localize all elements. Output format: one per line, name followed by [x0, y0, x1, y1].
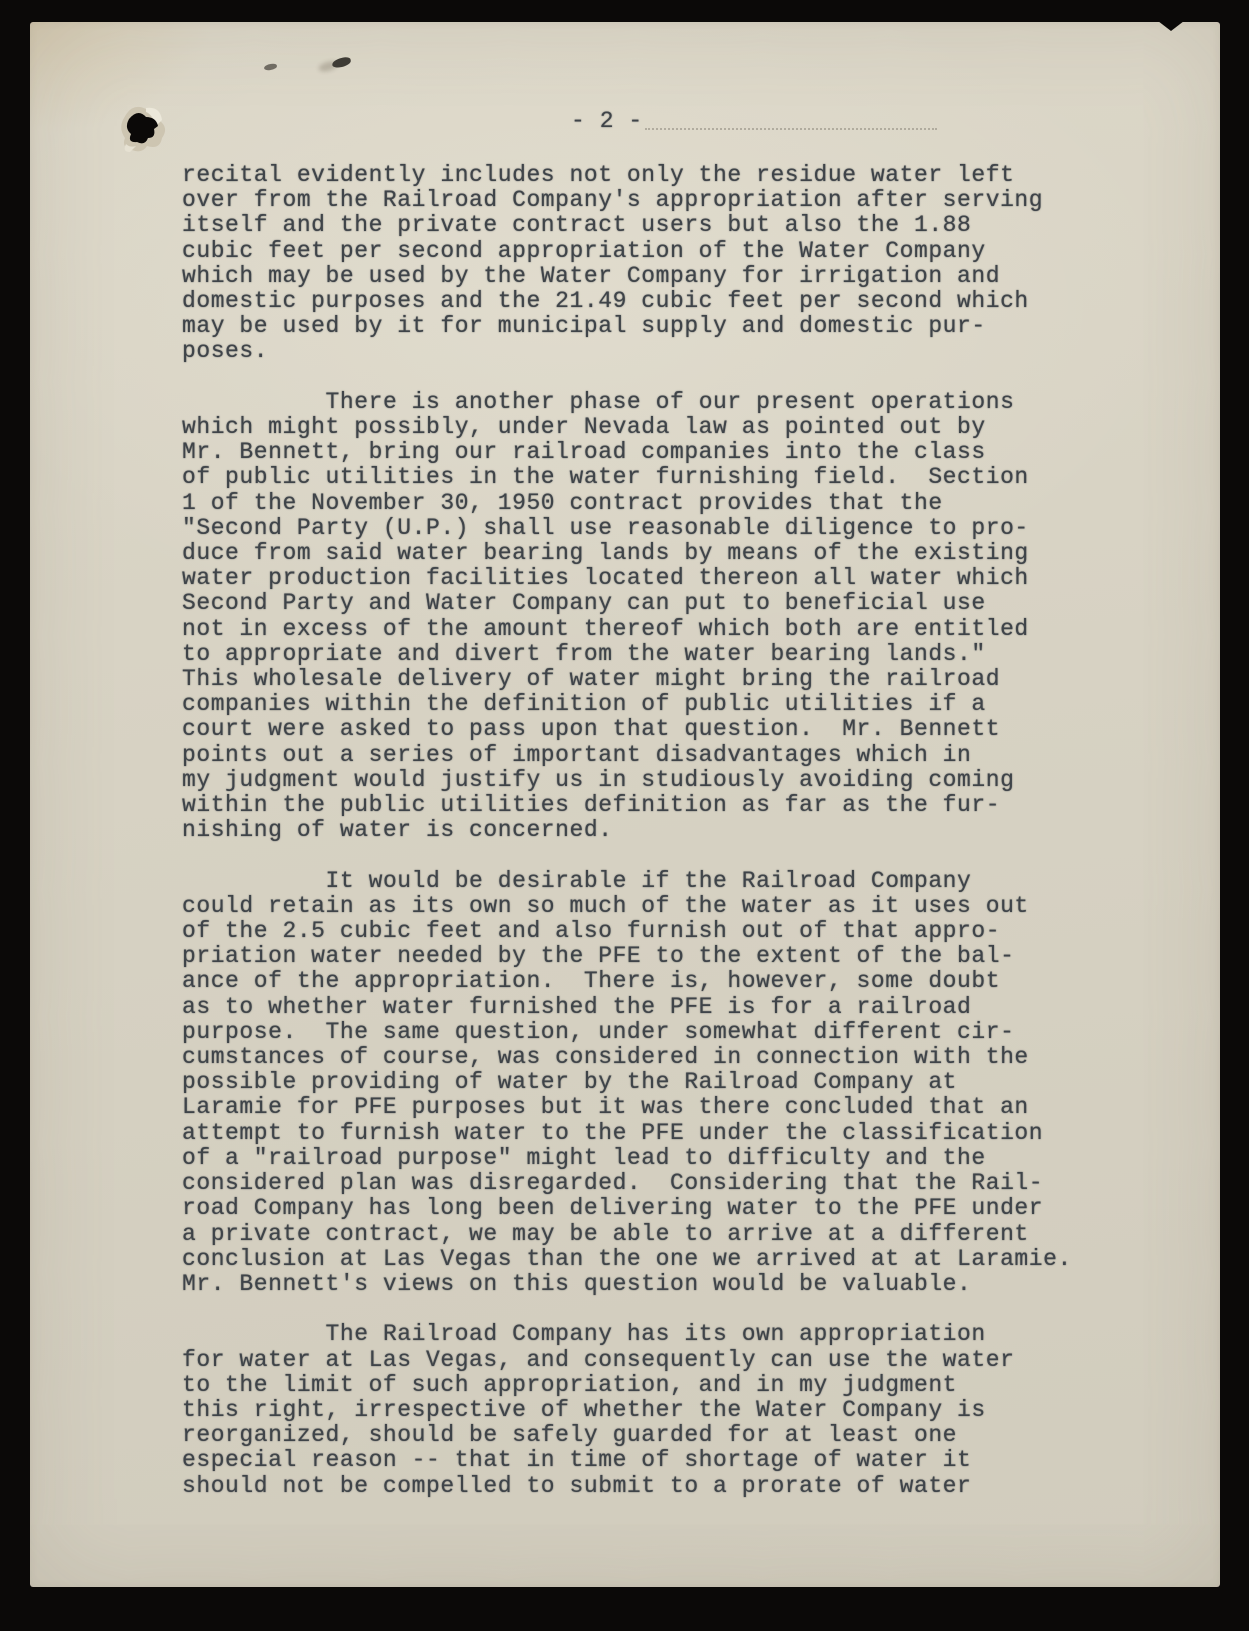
scan-background: { "scan": { "background_color": "#0b0908… — [0, 0, 1249, 1631]
torn-hole-icon — [112, 96, 174, 158]
letter-body: recital evidently includes not only the … — [182, 163, 1087, 1524]
ink-speck-icon — [264, 63, 278, 71]
paragraph-2: There is another phase of our present op… — [182, 390, 1087, 844]
torn-hole — [112, 96, 174, 158]
paper-edge-notch — [1158, 21, 1184, 31]
document-page: - 2 - recital evidently includes not onl… — [30, 22, 1220, 1587]
faint-dotted-line-icon — [645, 128, 937, 130]
page-number: - 2 - — [571, 108, 643, 134]
paragraph-3: It would be desirable if the Railroad Co… — [182, 869, 1087, 1297]
paragraph-1: recital evidently includes not only the … — [182, 163, 1087, 365]
paragraph-4: The Railroad Company has its own appropr… — [182, 1322, 1087, 1498]
ink-speck-icon — [331, 56, 351, 69]
